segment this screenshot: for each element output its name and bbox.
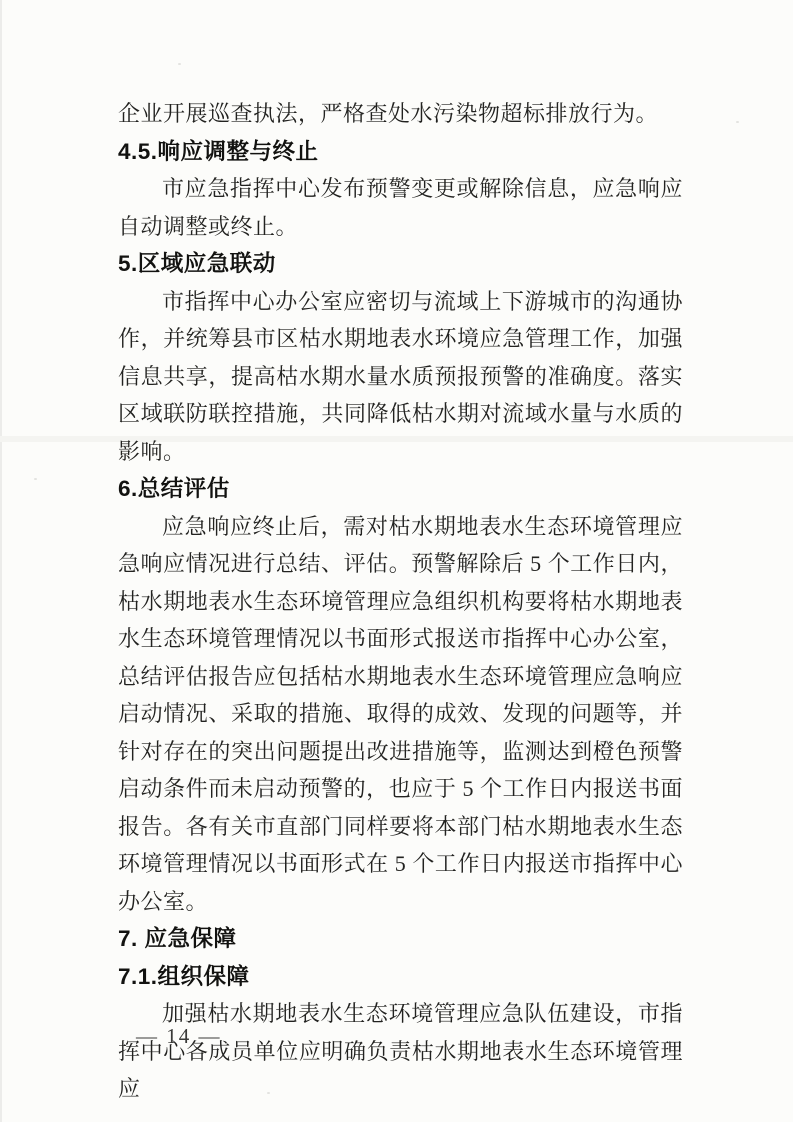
scan-speckle	[34, 478, 37, 480]
body-paragraph: 加强枯水期地表水生态环境管理应急队伍建设，市指挥中心各成员单位应明确负责枯水期地…	[118, 995, 683, 1108]
page-number: — 14 —	[136, 1024, 222, 1049]
body-paragraph: 应急响应终止后，需对枯水期地表水生态环境管理应急响应情况进行总结、评估。预警解除…	[118, 508, 683, 921]
section-heading: 4.5.响应调整与终止	[118, 133, 683, 171]
scanned-document-page: 企业开展巡查执法，严格查处水污染物超标排放行为。4.5.响应调整与终止市应急指挥…	[0, 0, 793, 1122]
section-heading: 5.区域应急联动	[118, 245, 683, 283]
document-body: 企业开展巡查执法，严格查处水污染物超标排放行为。4.5.响应调整与终止市应急指挥…	[118, 95, 683, 1108]
section-heading: 6.总结评估	[118, 470, 683, 508]
section-heading: 7.1.组织保障	[118, 958, 683, 996]
body-paragraph: 企业开展巡查执法，严格查处水污染物超标排放行为。	[118, 95, 683, 133]
section-heading: 7. 应急保障	[118, 920, 683, 958]
body-paragraph: 市指挥中心办公室应密切与流域上下游城市的沟通协作，并统筹县市区枯水期地表水环境应…	[118, 283, 683, 471]
body-paragraph: 市应急指挥中心发布预警变更或解除信息，应急响应自动调整或终止。	[118, 170, 683, 245]
scan-speckle	[736, 121, 739, 123]
scan-speckle	[178, 63, 181, 65]
scan-edge-artifact	[0, 0, 2, 1122]
